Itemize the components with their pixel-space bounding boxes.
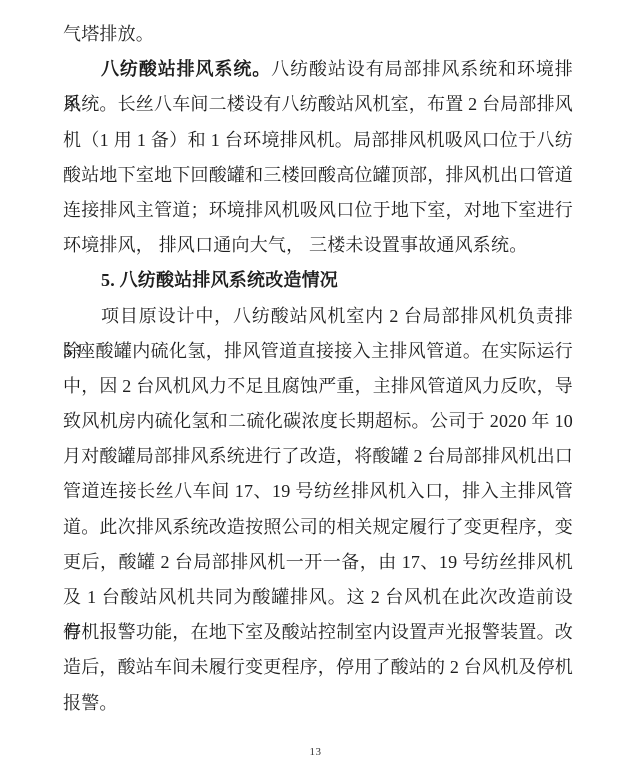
text-line: 致风机房内硫化氢和二硫化碳浓度长期超标。公司于 2020 年 10 [63, 404, 573, 439]
text-run: 中，因 2 台风机风力不足且腐蚀严重，主排风管道风力反吹，导 [63, 376, 573, 396]
text-run: 道。此次排风系统改造按照公司的相关规定履行了变更程序，变 [63, 517, 573, 537]
text-line: 报警。 [63, 686, 573, 721]
text-run: 更后，酸罐 2 台局部排风机一开一备，由 17、19 号纺丝排风机 [63, 552, 573, 572]
text-line: 5 座酸罐内硫化氢，排风管道直接接入主排风管道。在实际运行 [63, 334, 573, 369]
text-run: 环境排风， 排风口通向大气， 三楼未设置事故通风系统。 [63, 235, 527, 255]
text-run: 系统。长丝八车间二楼设有八纺酸站风机室，布置 2 台局部排风 [63, 94, 573, 114]
text-line: 酸站地下室地下回酸罐和三楼回酸高位罐顶部，排风机出口管道 [63, 158, 573, 193]
text-line: 系统。长丝八车间二楼设有八纺酸站风机室，布置 2 台局部排风 [63, 87, 573, 122]
text-run: 管道连接长丝八车间 17、19 号纺丝排风机入口，排入主排风管 [63, 481, 573, 501]
text-line: 机（1 用 1 备）和 1 台环境排风机。局部排风机吸风口位于八纺 [63, 123, 573, 158]
text-line: 八纺酸站排风系统。八纺酸站设有局部排风系统和环境排风 [63, 52, 573, 87]
text-run: 报警。 [63, 693, 118, 713]
document-body: 气塔排放。八纺酸站排风系统。八纺酸站设有局部排风系统和环境排风系统。长丝八车间二… [63, 17, 573, 721]
text-line: 停机报警功能，在地下室及酸站控制室内设置声光报警装置。改 [63, 615, 573, 650]
text-run: 5. 八纺酸站排风系统改造情况 [101, 270, 338, 290]
text-run: 机（1 用 1 备）和 1 台环境排风机。局部排风机吸风口位于八纺 [63, 130, 573, 150]
section-heading: 5. 八纺酸站排风系统改造情况 [63, 263, 573, 298]
text-run: 气塔排放。 [63, 24, 154, 44]
text-line: 道。此次排风系统改造按照公司的相关规定履行了变更程序，变 [63, 510, 573, 545]
page-footer: 13 [0, 742, 631, 760]
text-line: 更后，酸罐 2 台局部排风机一开一备，由 17、19 号纺丝排风机 [63, 545, 573, 580]
text-line: 管道连接长丝八车间 17、19 号纺丝排风机入口，排入主排风管 [63, 474, 573, 509]
text-line: 及 1 台酸站风机共同为酸罐排风。这 2 台风机在此次改造前设有 [63, 580, 573, 615]
text-run: 停机报警功能，在地下室及酸站控制室内设置声光报警装置。改 [63, 622, 573, 642]
text-line: 月对酸罐局部排风系统进行了改造，将酸罐 2 台局部排风机出口 [63, 439, 573, 474]
text-run: 月对酸罐局部排风系统进行了改造，将酸罐 2 台局部排风机出口 [63, 446, 573, 466]
text-run: 5 座酸罐内硫化氢，排风管道直接接入主排风管道。在实际运行 [63, 341, 573, 361]
text-line: 气塔排放。 [63, 17, 573, 52]
text-run: 造后，酸站车间未履行变更程序，停用了酸站的 2 台风机及停机 [63, 657, 573, 677]
text-line: 造后，酸站车间未履行变更程序，停用了酸站的 2 台风机及停机 [63, 650, 573, 685]
text-line: 项目原设计中，八纺酸站风机室内 2 台局部排风机负责排除 [63, 299, 573, 334]
text-line: 连接排风主管道；环境排风机吸风口位于地下室，对地下室进行 [63, 193, 573, 228]
text-line: 中，因 2 台风机风力不足且腐蚀严重，主排风管道风力反吹，导 [63, 369, 573, 404]
text-run: 连接排风主管道；环境排风机吸风口位于地下室，对地下室进行 [63, 200, 573, 220]
text-line: 环境排风， 排风口通向大气， 三楼未设置事故通风系统。 [63, 228, 573, 263]
text-run: 八纺酸站排风系统。 [101, 59, 271, 79]
page-number: 13 [310, 746, 322, 758]
text-run: 酸站地下室地下回酸罐和三楼回酸高位罐顶部，排风机出口管道 [63, 165, 573, 185]
text-run: 致风机房内硫化氢和二硫化碳浓度长期超标。公司于 2020 年 10 [63, 411, 573, 431]
document-page: 气塔排放。八纺酸站排风系统。八纺酸站设有局部排风系统和环境排风系统。长丝八车间二… [0, 0, 631, 776]
